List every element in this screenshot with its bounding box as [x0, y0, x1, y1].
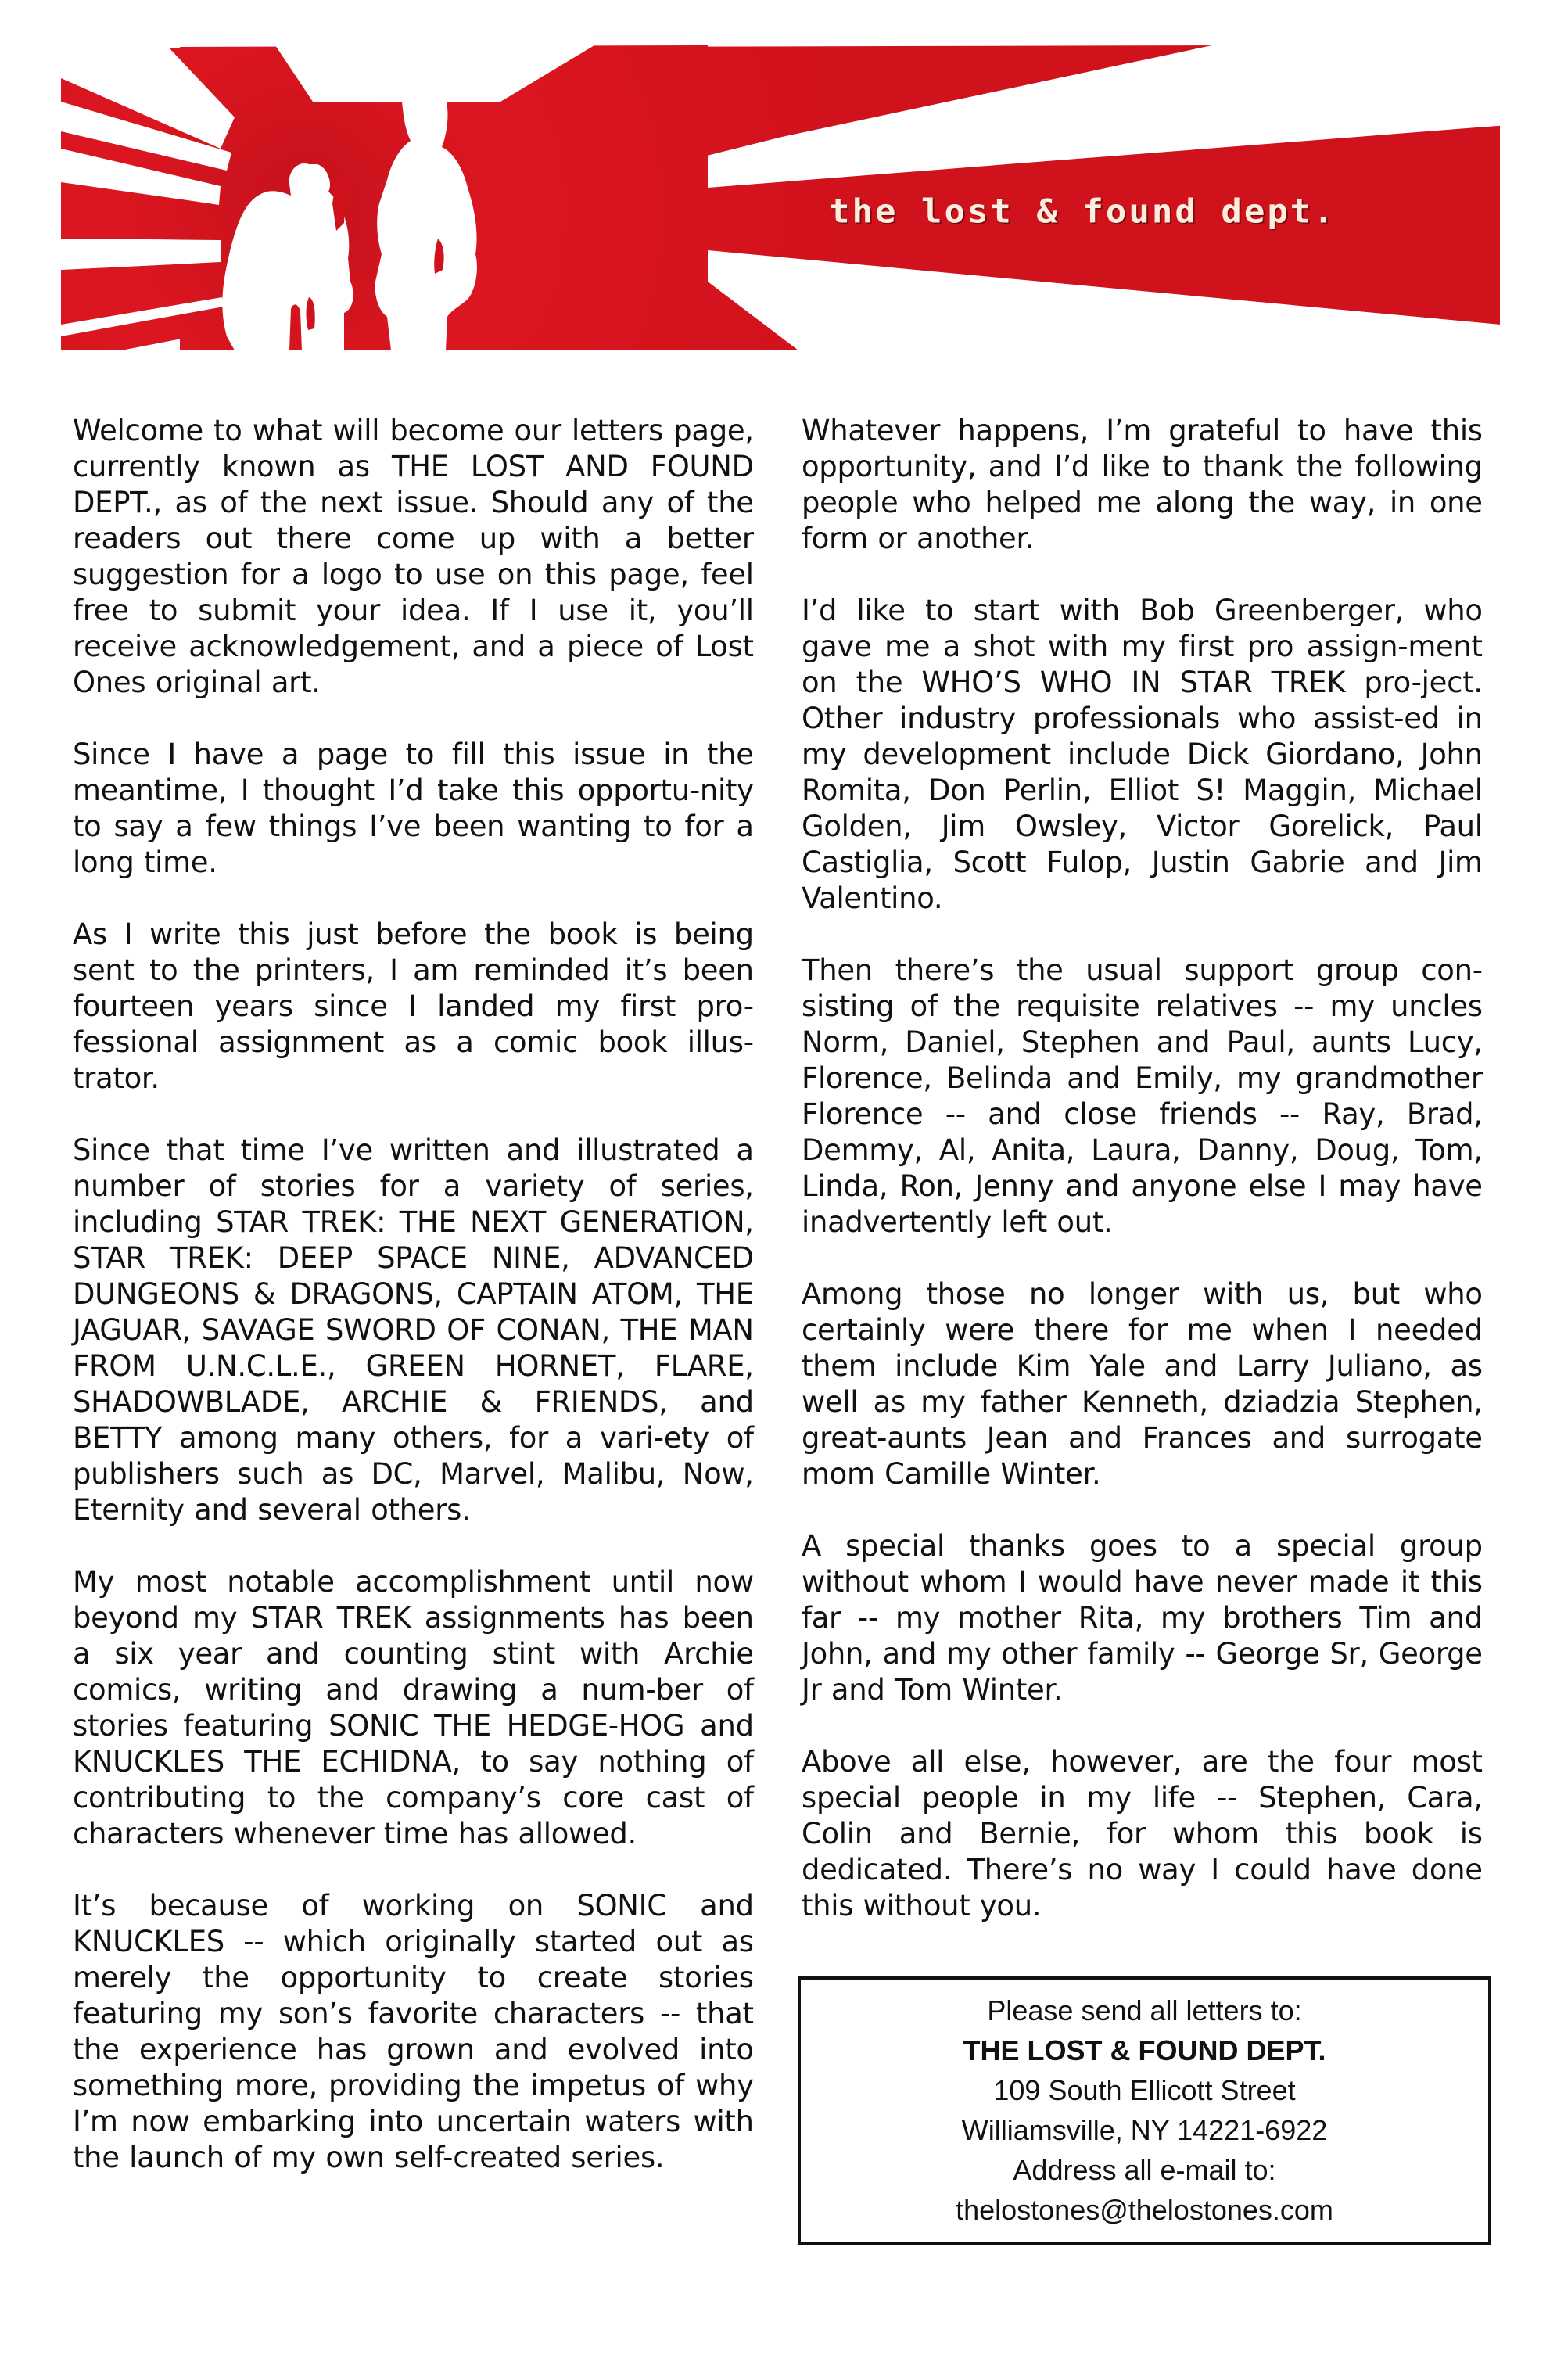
paragraph: Then there’s the usual support group con… [802, 952, 1483, 1240]
left-column: Welcome to what will become our letters … [73, 412, 754, 2211]
paragraph: Whatever happens, I’m grateful to have t… [802, 412, 1483, 556]
paragraph: Among those no longer with us, but who c… [802, 1276, 1483, 1492]
paragraph: As I write this just before the book is … [73, 916, 754, 1096]
paragraph: Since I have a page to fill this issue i… [73, 736, 754, 880]
mailing-street: 109 South Ellicott Street [801, 2070, 1488, 2110]
paragraph: Since that time I’ve written and illustr… [73, 1132, 754, 1527]
email-intro: Address all e-mail to: [801, 2150, 1488, 2190]
paragraph: I’d like to start with Bob Greenberger, … [802, 592, 1483, 916]
letters-page-logo: the lost & found dept. [829, 192, 1478, 230]
paragraph: It’s because of working on SONIC and KNU… [73, 1887, 754, 2175]
mailing-address-box: Please send all letters to: THE LOST & F… [798, 1976, 1491, 2245]
header-banner: the lost & found dept. [0, 0, 1557, 368]
mailing-intro: Please send all letters to: [801, 1991, 1488, 2030]
rising-sun-silhouette-illustration [0, 0, 1557, 368]
right-column: Whatever happens, I’m grateful to have t… [802, 412, 1483, 1959]
paragraph: Welcome to what will become our letters … [73, 412, 754, 700]
email-address: thelostones@thelostones.com [801, 2190, 1488, 2230]
mailing-city: Williamsville, NY 14221-6922 [801, 2110, 1488, 2150]
paragraph: My most notable accomplishment until now… [73, 1563, 754, 1851]
paragraph: A special thanks goes to a special group… [802, 1527, 1483, 1707]
paragraph: Above all else, however, are the four mo… [802, 1743, 1483, 1923]
mailing-recipient-name: THE LOST & FOUND DEPT. [801, 2030, 1488, 2070]
